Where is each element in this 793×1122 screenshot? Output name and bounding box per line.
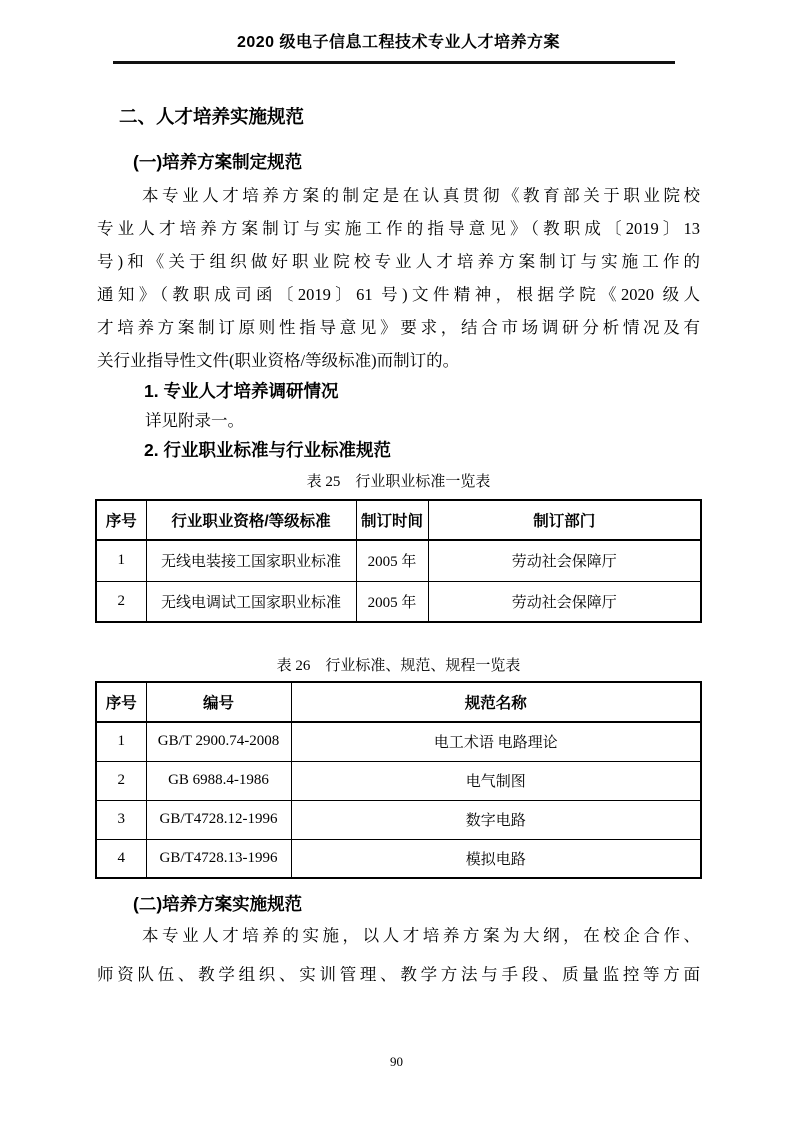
table-cell: GB/T4728.12-1996 [146, 800, 291, 839]
table-cell: 模拟电路 [291, 839, 701, 878]
table-header-row: 序号 行业职业资格/等级标准 制订时间 制订部门 [96, 500, 701, 540]
table-cell: GB/T 2900.74-2008 [146, 722, 291, 761]
table-row: 3 GB/T4728.12-1996 数字电路 [96, 800, 701, 839]
table-cell: 1 [96, 722, 146, 761]
table-header-cell: 制订时间 [356, 500, 428, 540]
table-cell: GB/T4728.13-1996 [146, 839, 291, 878]
table-header-cell: 序号 [96, 682, 146, 722]
table-cell: 4 [96, 839, 146, 878]
table-cell: 2005 年 [356, 540, 428, 581]
table-cell: 2 [96, 761, 146, 800]
table-industry-standards: 序号 编号 规范名称 1 GB/T 2900.74-2008 电工术语 电路理论… [95, 681, 702, 879]
note-see-appendix: 详见附录一。 [97, 404, 700, 437]
document-header-title: 2020 级电子信息工程技术专业人才培养方案 [97, 32, 700, 54]
table-cell: 劳动社会保障厅 [428, 540, 701, 581]
paragraph-line: 本专业人才培养的实施，以人才培养方案为大纲，在校企合作、 [97, 916, 700, 955]
page-number: 90 [0, 1054, 793, 1070]
paragraph-intro: 本专业人才培养方案的制定是在认真贯彻《教育部关于职业院校 专业人才培养方案制订与… [97, 179, 700, 377]
numbered-heading-1: 1. 专业人才培养调研情况 [144, 378, 700, 404]
subsection-heading-1: (一)培养方案制定规范 [133, 150, 700, 174]
table-row: 1 无线电装接工国家职业标准 2005 年 劳动社会保障厅 [96, 540, 701, 581]
page-content: 2020 级电子信息工程技术专业人才培养方案 二、人才培养实施规范 (一)培养方… [0, 32, 793, 994]
table-header-row: 序号 编号 规范名称 [96, 682, 701, 722]
table-cell: 劳动社会保障厅 [428, 581, 701, 622]
table-header-cell: 制订部门 [428, 500, 701, 540]
table-header-cell: 规范名称 [291, 682, 701, 722]
table-header-cell: 序号 [96, 500, 146, 540]
document-page: 2020 级电子信息工程技术专业人才培养方案 二、人才培养实施规范 (一)培养方… [0, 0, 793, 1122]
table-cell: 电工术语 电路理论 [291, 722, 701, 761]
table-cell: 1 [96, 540, 146, 581]
paragraph-line: 师资队伍、教学组织、实训管理、教学方法与手段、质量监控等方面 [97, 955, 700, 994]
subsection-heading-2: (二)培养方案实施规范 [133, 892, 700, 916]
table-header-cell: 编号 [146, 682, 291, 722]
table-25-caption: 表 25 行业职业标准一览表 [97, 472, 700, 492]
paragraph-line: 号)和《关于组织做好职业院校专业人才培养方案制订与实施工作的 [97, 245, 700, 278]
table-row: 2 GB 6988.4-1986 电气制图 [96, 761, 701, 800]
table-cell: 无线电装接工国家职业标准 [146, 540, 356, 581]
section-heading: 二、人才培养实施规范 [119, 105, 700, 129]
table-row: 4 GB/T4728.13-1996 模拟电路 [96, 839, 701, 878]
paragraph-line: 通知》（教职成司函〔2019〕61 号)文件精神，根据学院《2020 级人 [97, 278, 700, 311]
paragraph-implementation: 本专业人才培养的实施，以人才培养方案为大纲，在校企合作、 师资队伍、教学组织、实… [97, 916, 700, 994]
table-cell: 3 [96, 800, 146, 839]
table-cell: 2005 年 [356, 581, 428, 622]
numbered-heading-2: 2. 行业职业标准与行业标准规范 [144, 437, 700, 463]
table-cell: 无线电调试工国家职业标准 [146, 581, 356, 622]
header-double-rule [113, 61, 675, 64]
table-row: 2 无线电调试工国家职业标准 2005 年 劳动社会保障厅 [96, 581, 701, 622]
table-row: 1 GB/T 2900.74-2008 电工术语 电路理论 [96, 722, 701, 761]
paragraph-line: 专业人才培养方案制订与实施工作的指导意见》（教职成〔2019〕13 [97, 212, 700, 245]
paragraph-line: 本专业人才培养方案的制定是在认真贯彻《教育部关于职业院校 [97, 179, 700, 212]
table-occupational-standards: 序号 行业职业资格/等级标准 制订时间 制订部门 1 无线电装接工国家职业标准 … [95, 499, 702, 623]
paragraph-line: 关行业指导性文件(职业资格/等级标准)而制订的。 [97, 344, 700, 377]
table-cell: 2 [96, 581, 146, 622]
paragraph-line: 才培养方案制订原则性指导意见》要求，结合市场调研分析情况及有 [97, 311, 700, 344]
table-cell: 电气制图 [291, 761, 701, 800]
table-header-cell: 行业职业资格/等级标准 [146, 500, 356, 540]
table-cell: GB 6988.4-1986 [146, 761, 291, 800]
table-cell: 数字电路 [291, 800, 701, 839]
table-26-caption: 表 26 行业标准、规范、规程一览表 [97, 656, 700, 676]
